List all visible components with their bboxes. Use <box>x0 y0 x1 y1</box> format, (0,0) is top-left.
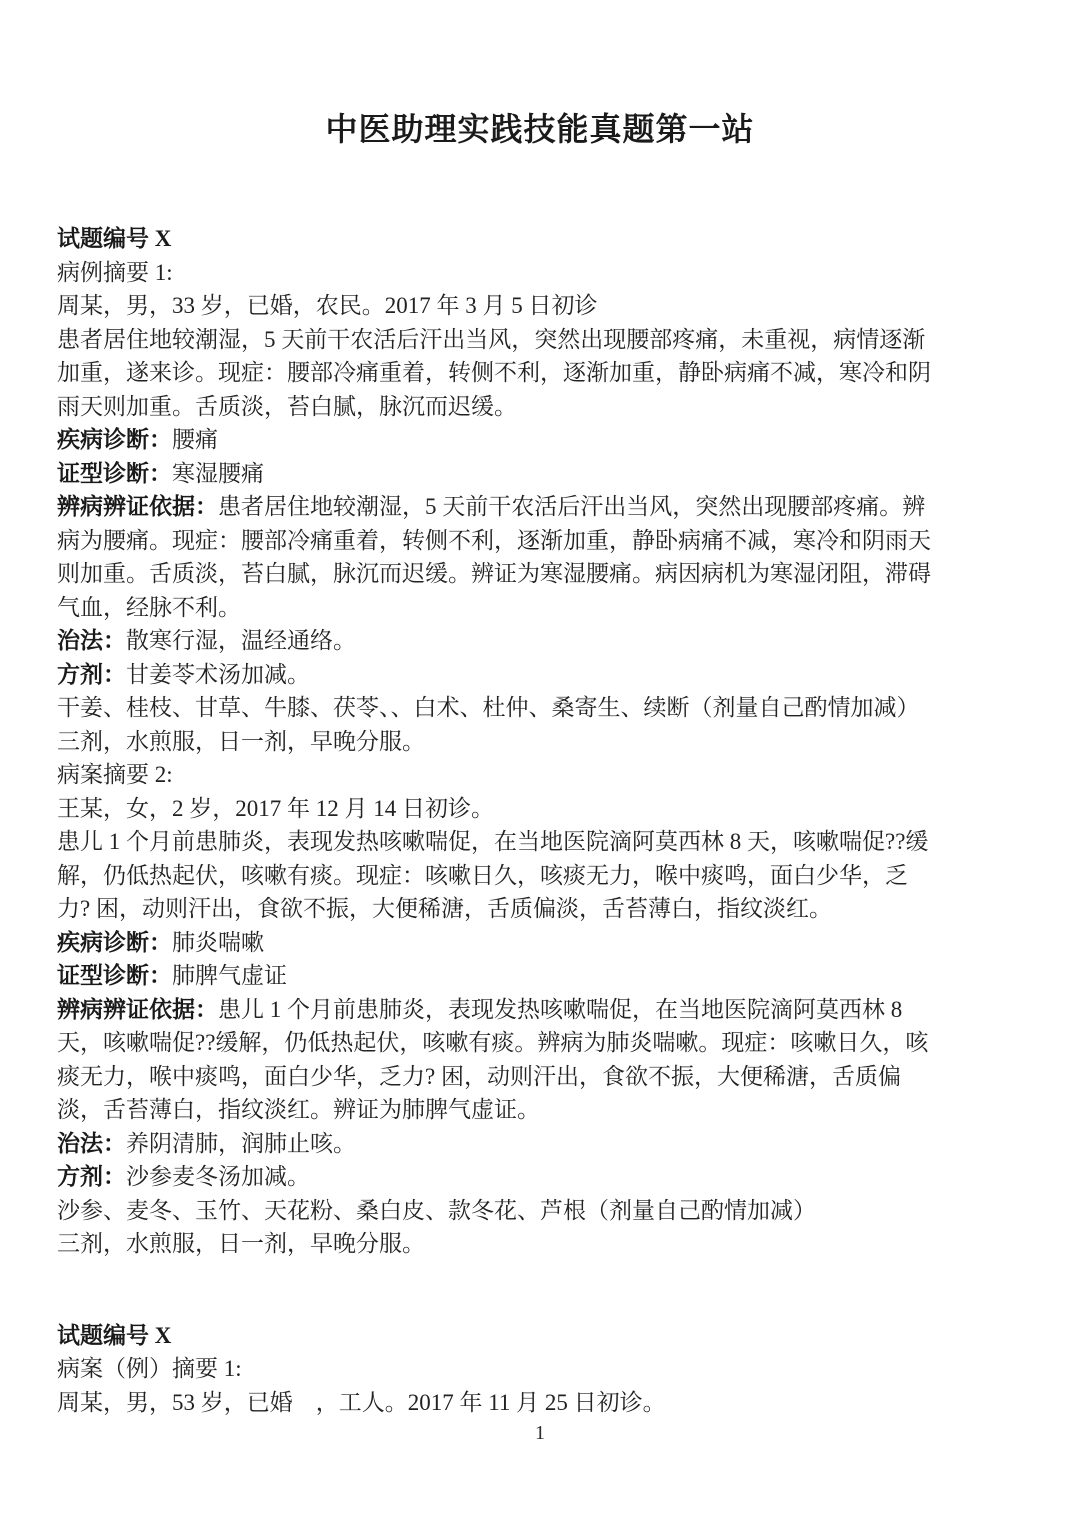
text-line: 试题编号 X <box>57 222 1023 256</box>
line-text: 天，咳嗽喘促??缓解，仍低热起伏，咳嗽有痰。辨病为肺炎喘嗽。现症：咳嗽日久，咳 <box>57 1030 928 1055</box>
text-line: 证型诊断：寒湿腰痛 <box>57 457 1023 491</box>
line-label: 方剂： <box>57 1164 126 1189</box>
text-line: 证型诊断：肺脾气虚证 <box>57 959 1023 993</box>
line-label: 试题编号 X <box>57 226 171 251</box>
line-text: 三剂，水煎服，日一剂，早晚分服。 <box>57 1231 425 1256</box>
line-text: 病为腰痛。现症：腰部冷痛重着，转侧不利，逐渐加重，静卧病痛不减，寒冷和阴雨天 <box>57 528 931 553</box>
line-text: 力? 困，动则汗出，食欲不振，大便稀溏，舌质偏淡，舌苔薄白，指纹淡红。 <box>57 896 832 921</box>
text-line: 辨病辨证依据：患者居住地较潮湿，5 天前干农活后汗出当风，突然出现腰部疼痛。辨 <box>57 490 1023 524</box>
line-text: 养阴清肺，润肺止咳。 <box>126 1131 356 1156</box>
line-text: 加重，遂来诊。现症：腰部冷痛重着，转侧不利，逐渐加重，静卧病痛不减，寒冷和阴 <box>57 360 931 385</box>
line-text: 寒湿腰痛 <box>172 461 264 486</box>
text-line: 力? 困，动则汗出，食欲不振，大便稀溏，舌质偏淡，舌苔薄白，指纹淡红。 <box>57 892 1023 926</box>
text-line: 方剂：沙参麦冬汤加减。 <box>57 1160 1023 1194</box>
line-label: 证型诊断： <box>57 963 172 988</box>
line-label: 辨病辨证依据： <box>57 997 218 1022</box>
line-label: 疾病诊断： <box>57 427 172 452</box>
line-text: 肺脾气虚证 <box>172 963 287 988</box>
document-page: 中医助理实践技能真题第一站 试题编号 X病例摘要 1:周某，男，33 岁，已婚，… <box>0 0 1080 1527</box>
text-line: 淡，舌苔薄白，指纹淡红。辨证为肺脾气虚证。 <box>57 1093 1023 1127</box>
line-text: 散寒行湿，温经通络。 <box>126 628 356 653</box>
text-line: 三剂，水煎服，日一剂，早晚分服。 <box>57 1227 1023 1261</box>
line-text: 周某，男，33 岁，已婚，农民。2017 年 3 月 5 日初诊 <box>57 293 598 318</box>
line-text: 患者居住地较潮湿，5 天前干农活后汗出当风，突然出现腰部疼痛，未重视，病情逐渐 <box>57 327 925 352</box>
text-line: 试题编号 X <box>57 1319 1023 1353</box>
line-label: 治法： <box>57 628 126 653</box>
line-label: 辨病辨证依据： <box>57 494 218 519</box>
page-number: 1 <box>0 1422 1080 1445</box>
line-label: 治法： <box>57 1131 126 1156</box>
line-text: 王某，女，2 岁，2017 年 12 月 14 日初诊。 <box>57 796 494 821</box>
exam-item-1: 试题编号 X病例摘要 1:周某，男，33 岁，已婚，农民。2017 年 3 月 … <box>57 222 1023 1261</box>
text-line: 治法：养阴清肺，润肺止咳。 <box>57 1127 1023 1161</box>
document-body: 试题编号 X病例摘要 1:周某，男，33 岁，已婚，农民。2017 年 3 月 … <box>57 222 1023 1419</box>
text-line: 病例摘要 1: <box>57 256 1023 290</box>
text-line: 病为腰痛。现症：腰部冷痛重着，转侧不利，逐渐加重，静卧病痛不减，寒冷和阴雨天 <box>57 524 1023 558</box>
text-line: 雨天则加重。舌质淡，苔白腻，脉沉而迟缓。 <box>57 390 1023 424</box>
line-text: 气血，经脉不利。 <box>57 595 241 620</box>
line-text: 肺炎喘嗽 <box>172 930 264 955</box>
text-line: 沙参、麦冬、玉竹、天花粉、桑白皮、款冬花、芦根（剂量自己酌情加减） <box>57 1194 1023 1228</box>
text-line: 则加重。舌质淡，苔白腻，脉沉而迟缓。辨证为寒湿腰痛。病因病机为寒湿闭阻，滞碍 <box>57 557 1023 591</box>
text-line: 痰无力，喉中痰鸣，面白少华，乏力? 困，动则汗出，食欲不振，大便稀溏，舌质偏 <box>57 1060 1023 1094</box>
line-text: 周某，男，53 岁，已婚 ，工人。2017 年 11 月 25 日初诊。 <box>57 1390 666 1415</box>
line-text: 患儿 1 个月前患肺炎，表现发热咳嗽喘促，在当地医院滴阿莫西林 8 天，咳嗽喘促… <box>57 829 928 854</box>
line-label: 试题编号 X <box>57 1323 171 1348</box>
text-line: 疾病诊断：腰痛 <box>57 423 1023 457</box>
text-line: 王某，女，2 岁，2017 年 12 月 14 日初诊。 <box>57 792 1023 826</box>
text-line: 患儿 1 个月前患肺炎，表现发热咳嗽喘促，在当地医院滴阿莫西林 8 天，咳嗽喘促… <box>57 825 1023 859</box>
line-text: 则加重。舌质淡，苔白腻，脉沉而迟缓。辨证为寒湿腰痛。病因病机为寒湿闭阻，滞碍 <box>57 561 931 586</box>
line-label: 证型诊断： <box>57 461 172 486</box>
text-line: 辨病辨证依据：患儿 1 个月前患肺炎，表现发热咳嗽喘促，在当地医院滴阿莫西林 8 <box>57 993 1023 1027</box>
line-text: 病例摘要 1: <box>57 260 173 285</box>
text-line: 周某，男，33 岁，已婚，农民。2017 年 3 月 5 日初诊 <box>57 289 1023 323</box>
text-line: 病案摘要 2: <box>57 758 1023 792</box>
line-text: 病案（例）摘要 1: <box>57 1356 242 1381</box>
text-line: 病案（例）摘要 1: <box>57 1352 1023 1386</box>
text-line: 三剂，水煎服，日一剂，早晚分服。 <box>57 725 1023 759</box>
text-line: 天，咳嗽喘促??缓解，仍低热起伏，咳嗽有痰。辨病为肺炎喘嗽。现症：咳嗽日久，咳 <box>57 1026 1023 1060</box>
line-text: 患者居住地较潮湿，5 天前干农活后汗出当风，突然出现腰部疼痛。辨 <box>218 494 925 519</box>
line-text: 淡，舌苔薄白，指纹淡红。辨证为肺脾气虚证。 <box>57 1097 540 1122</box>
text-line: 患者居住地较潮湿，5 天前干农活后汗出当风，突然出现腰部疼痛，未重视，病情逐渐 <box>57 323 1023 357</box>
line-text: 三剂，水煎服，日一剂，早晚分服。 <box>57 729 425 754</box>
line-text: 患儿 1 个月前患肺炎，表现发热咳嗽喘促，在当地医院滴阿莫西林 8 <box>218 997 902 1022</box>
line-text: 痰无力，喉中痰鸣，面白少华，乏力? 困，动则汗出，食欲不振，大便稀溏，舌质偏 <box>57 1064 901 1089</box>
exam-item-2: 试题编号 X病案（例）摘要 1:周某，男，53 岁，已婚 ，工人。2017 年 … <box>57 1319 1023 1420</box>
line-text: 解，仍低热起伏，咳嗽有痰。现症：咳嗽日久，咳痰无力，喉中痰鸣，面白少华，乏 <box>57 863 908 888</box>
text-line: 治法：散寒行湿，温经通络。 <box>57 624 1023 658</box>
text-line: 解，仍低热起伏，咳嗽有痰。现症：咳嗽日久，咳痰无力，喉中痰鸣，面白少华，乏 <box>57 859 1023 893</box>
text-line: 加重，遂来诊。现症：腰部冷痛重着，转侧不利，逐渐加重，静卧病痛不减，寒冷和阴 <box>57 356 1023 390</box>
line-label: 疾病诊断： <box>57 930 172 955</box>
line-text: 甘姜苓术汤加减。 <box>126 662 310 687</box>
line-text: 沙参麦冬汤加减。 <box>126 1164 310 1189</box>
line-text: 雨天则加重。舌质淡，苔白腻，脉沉而迟缓。 <box>57 394 517 419</box>
text-line: 方剂：甘姜苓术汤加减。 <box>57 658 1023 692</box>
page-title: 中医助理实践技能真题第一站 <box>0 104 1080 150</box>
line-text: 病案摘要 2: <box>57 762 173 787</box>
text-line: 干姜、桂枝、甘草、牛膝、茯苓、、白术、杜仲、桑寄生、续断（剂量自己酌情加减） <box>57 691 1023 725</box>
line-text: 沙参、麦冬、玉竹、天花粉、桑白皮、款冬花、芦根（剂量自己酌情加减） <box>57 1198 816 1223</box>
text-line: 疾病诊断：肺炎喘嗽 <box>57 926 1023 960</box>
line-label: 方剂： <box>57 662 126 687</box>
text-line: 气血，经脉不利。 <box>57 591 1023 625</box>
line-text: 腰痛 <box>172 427 218 452</box>
text-line: 周某，男，53 岁，已婚 ，工人。2017 年 11 月 25 日初诊。 <box>57 1386 1023 1420</box>
line-text: 干姜、桂枝、甘草、牛膝、茯苓、、白术、杜仲、桑寄生、续断（剂量自己酌情加减） <box>57 695 920 720</box>
